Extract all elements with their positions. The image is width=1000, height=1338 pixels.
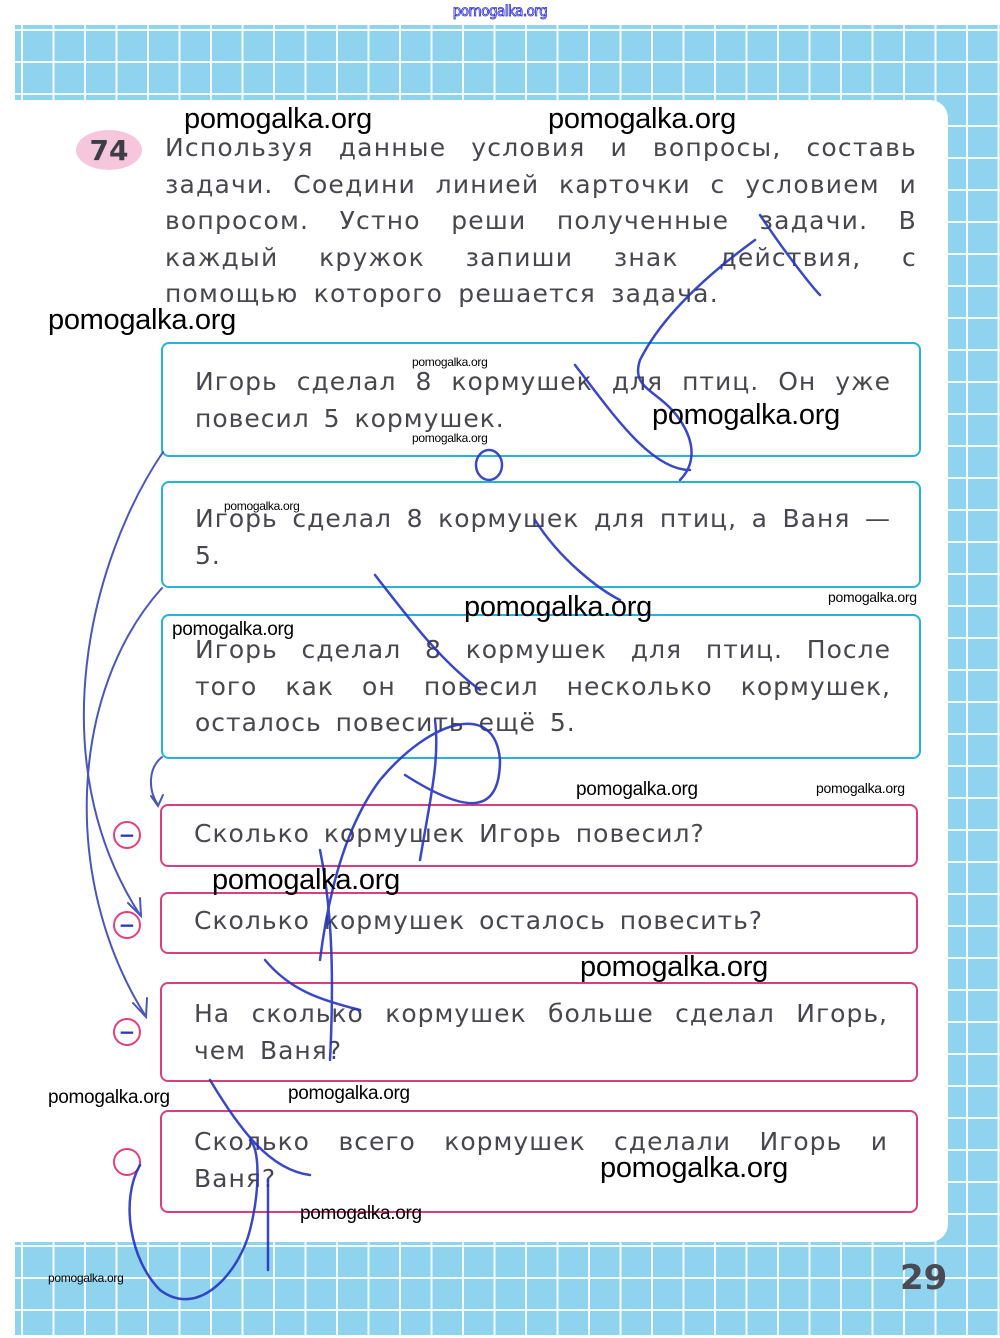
watermark: pomogalka.org bbox=[576, 779, 698, 801]
task-instruction: Используя данные условия и вопросы, сост… bbox=[165, 130, 917, 313]
watermark: pomogalka.org bbox=[464, 591, 652, 624]
watermark: pomogalka.org bbox=[600, 1152, 788, 1185]
site-header-watermark: pomogalka.org bbox=[0, 2, 1000, 20]
watermark: pomogalka.org bbox=[224, 499, 299, 513]
question-card-4[interactable]: Сколько всего кормушек сделали Игорь и В… bbox=[160, 1110, 918, 1213]
watermark: pomogalka.org bbox=[548, 103, 736, 136]
condition-card-2[interactable]: Игорь сделал 8 кормушек для птиц, а Ваня… bbox=[161, 481, 921, 588]
watermark: pomogalka.org bbox=[48, 304, 236, 337]
watermark: pomogalka.org bbox=[816, 780, 905, 796]
watermark: pomogalka.org bbox=[828, 589, 917, 605]
operation-sign-circle-4[interactable] bbox=[113, 1148, 141, 1176]
watermark: pomogalka.org bbox=[48, 1087, 170, 1109]
watermark: pomogalka.org bbox=[212, 864, 400, 897]
watermark: pomogalka.org bbox=[184, 103, 372, 136]
operation-sign-circle-3[interactable]: − bbox=[113, 1018, 141, 1046]
condition-text: Игорь сделал 8 кормушек для птиц, а Ваня… bbox=[195, 504, 891, 570]
watermark: pomogalka.org bbox=[580, 951, 768, 984]
question-card-2[interactable]: Сколько кормушек осталось повесить? bbox=[160, 892, 918, 954]
condition-text: Игорь сделал 8 кормушек для птиц. После … bbox=[195, 635, 891, 737]
watermark: pomogalka.org bbox=[300, 1203, 422, 1225]
watermark: pomogalka.org bbox=[652, 399, 840, 432]
watermark: pomogalka.org bbox=[172, 619, 294, 641]
watermark: pomogalka.org bbox=[288, 1083, 410, 1105]
question-text: На сколько кормушек больше сделал Игорь,… bbox=[194, 999, 888, 1065]
question-card-3[interactable]: На сколько кормушек больше сделал Игорь,… bbox=[160, 982, 918, 1082]
watermark: pomogalka.org bbox=[412, 355, 487, 369]
page-number: 29 bbox=[900, 1258, 947, 1298]
question-text: Сколько кормушек Игорь повесил? bbox=[194, 819, 705, 848]
question-text: Сколько кормушек осталось повесить? bbox=[194, 906, 763, 935]
question-card-1[interactable]: Сколько кормушек Игорь повесил? bbox=[160, 804, 918, 867]
task-number-badge: 74 bbox=[76, 130, 142, 170]
watermark: pomogalka.org bbox=[412, 431, 487, 445]
operation-sign-circle-1[interactable]: − bbox=[113, 821, 141, 849]
operation-sign-circle-2[interactable]: − bbox=[113, 911, 141, 939]
watermark: pomogalka.org bbox=[48, 1271, 123, 1285]
